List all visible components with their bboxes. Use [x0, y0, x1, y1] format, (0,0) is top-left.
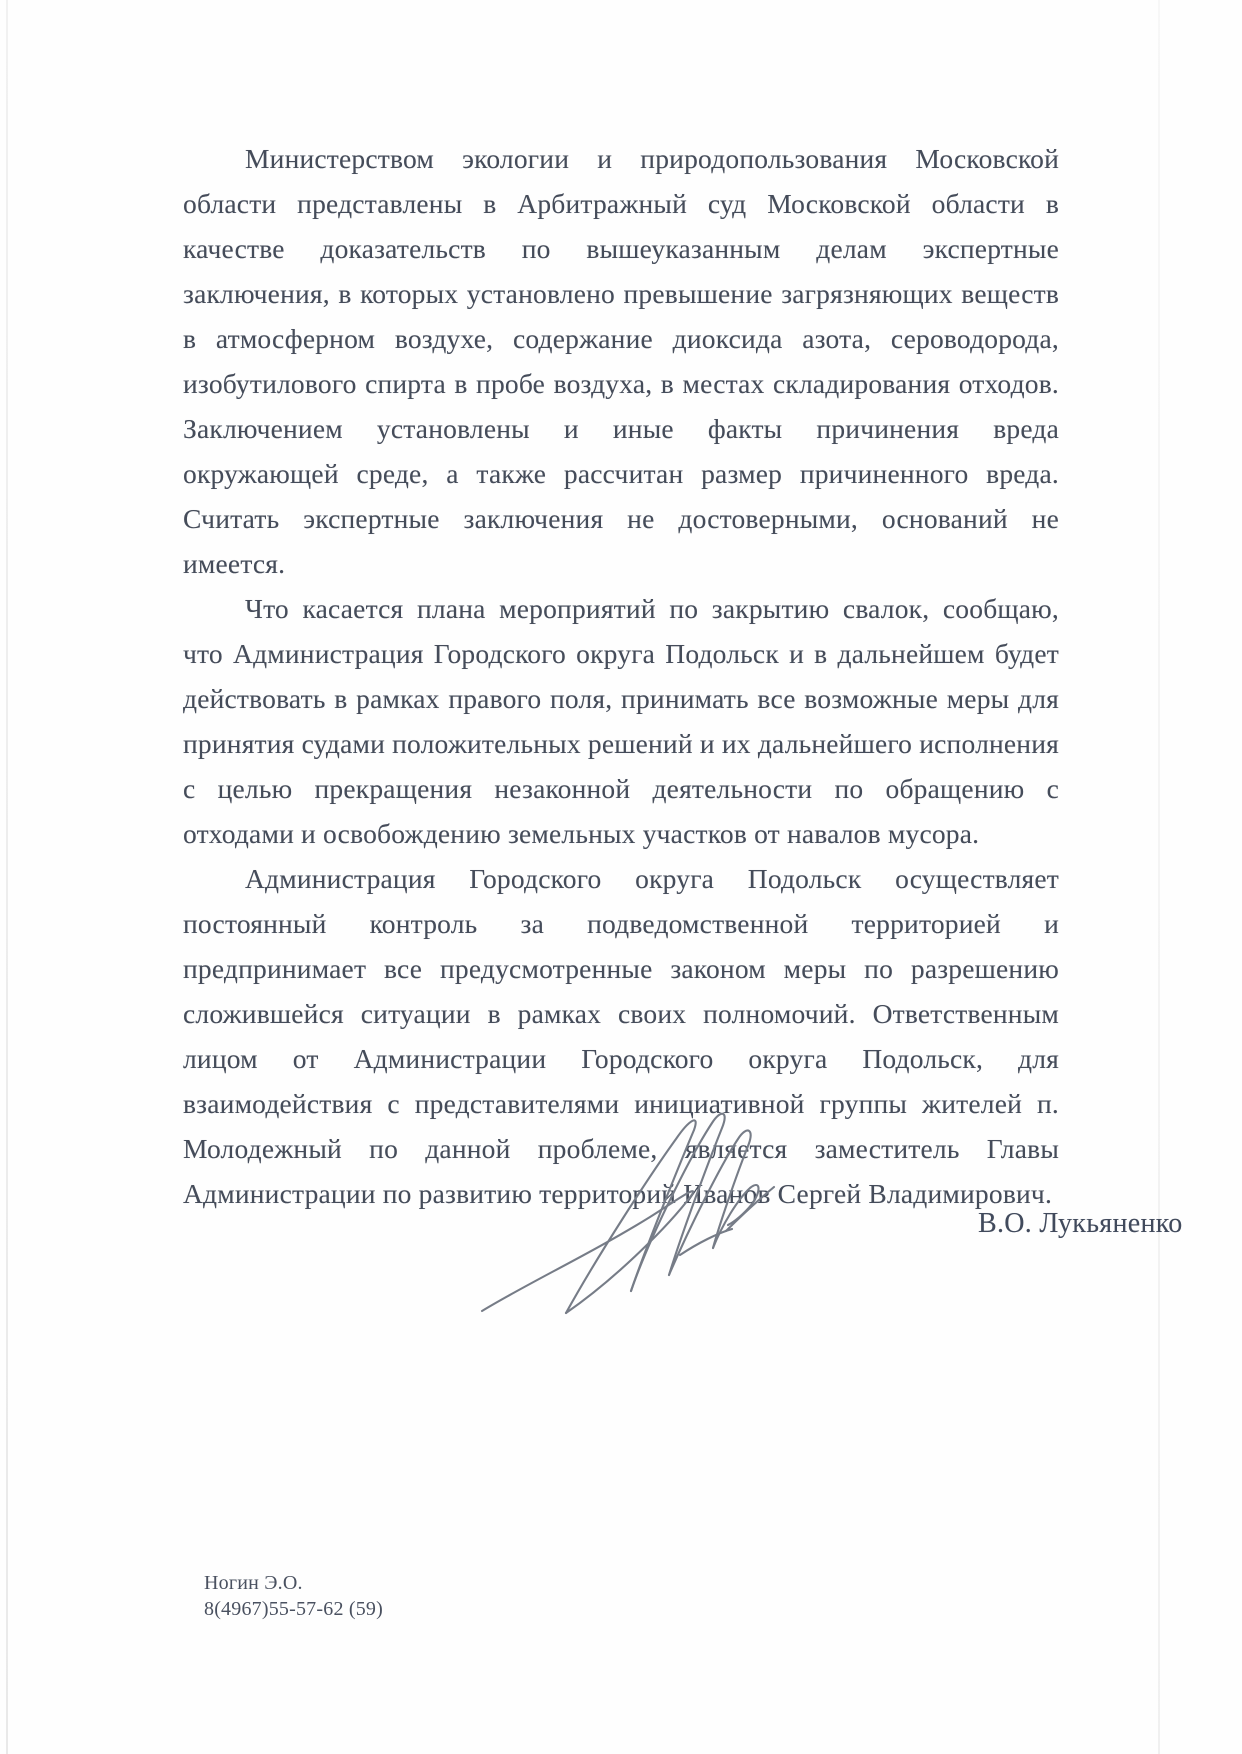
- executor-phone: 8(4967)55-57-62 (59): [204, 1596, 383, 1622]
- signature-scribble-icon: [470, 1105, 800, 1315]
- document-page: Министерством экологии и природопользова…: [0, 0, 1242, 1754]
- footer-block: Ногин Э.О. 8(4967)55-57-62 (59): [204, 1570, 383, 1622]
- scan-artifact-line-left: [6, 0, 8, 1754]
- scan-artifact-line-right: [1158, 0, 1160, 1754]
- executor-name: Ногин Э.О.: [204, 1570, 383, 1596]
- letter-body: Министерством экологии и природопользова…: [183, 136, 1059, 1216]
- paragraph-landfill-closure-plan: Что касается плана мероприятий по закрыт…: [183, 586, 1059, 856]
- signer-name: В.О. Лукьяненко: [978, 1208, 1183, 1240]
- paragraph-expert-conclusions: Министерством экологии и природопользова…: [183, 136, 1059, 586]
